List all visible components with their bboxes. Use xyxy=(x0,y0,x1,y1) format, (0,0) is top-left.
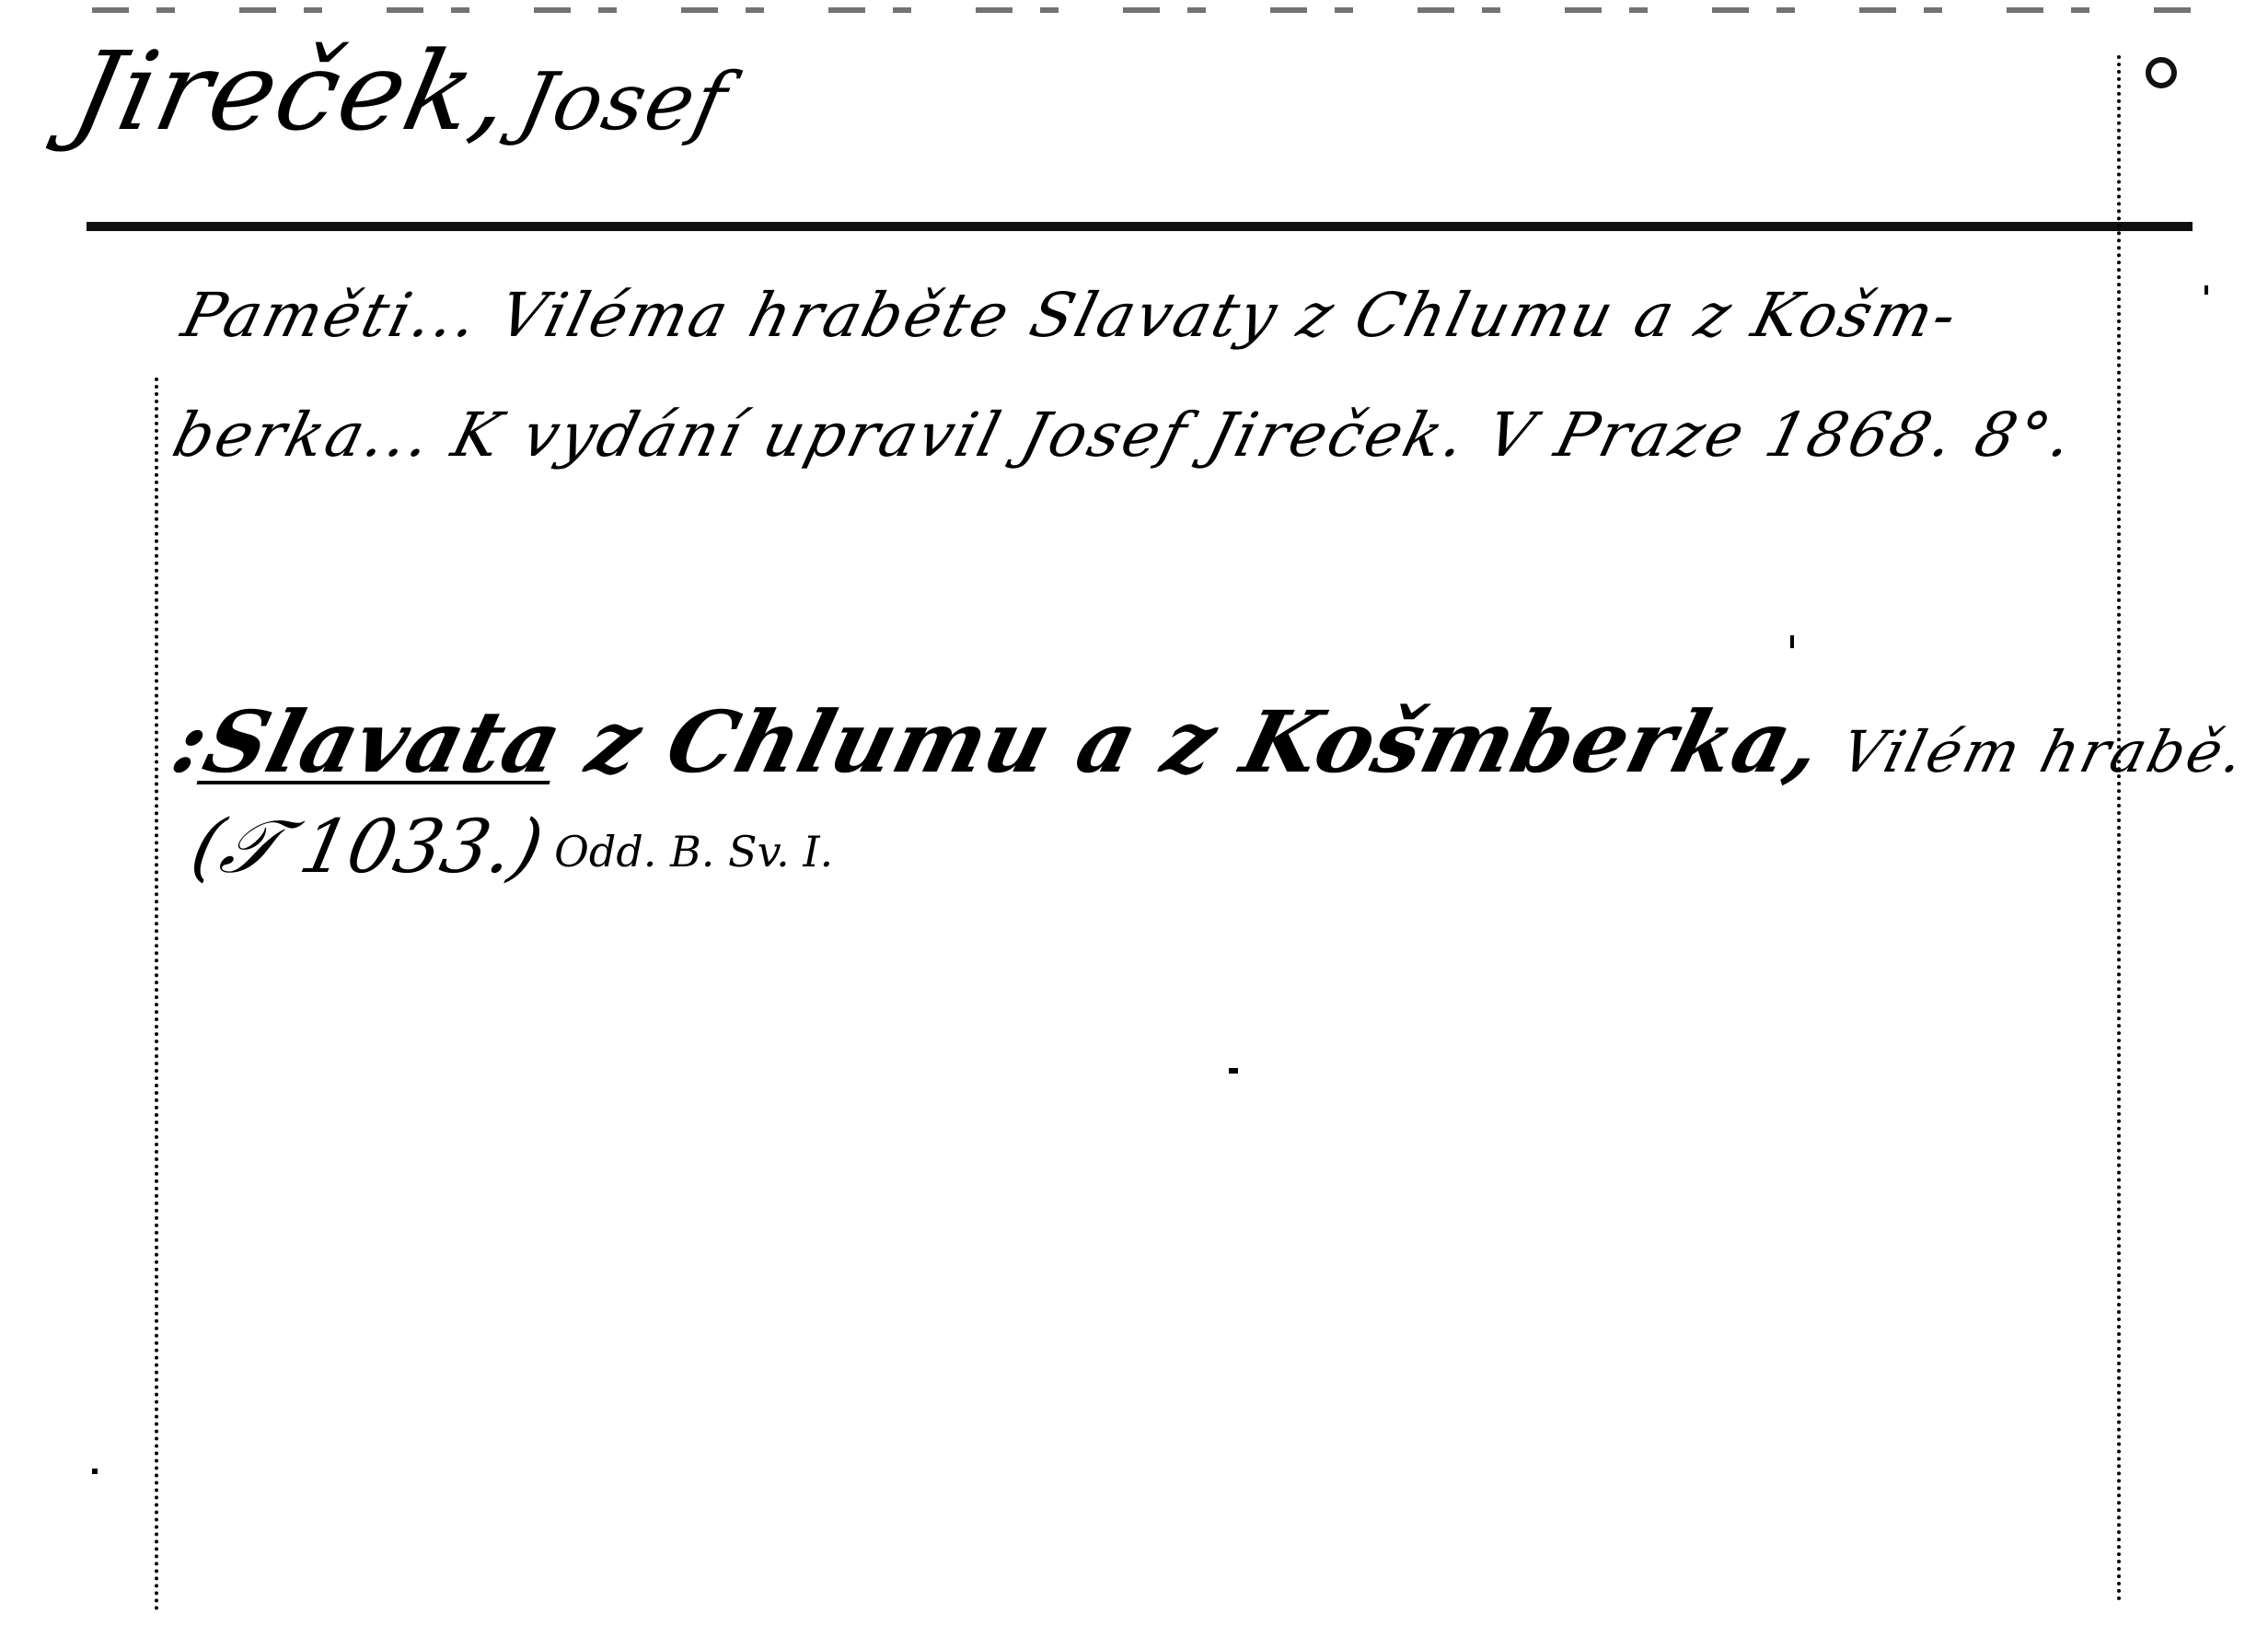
heading-divider-rule xyxy=(87,222,2193,231)
left-dotted-margin xyxy=(155,377,158,1611)
cross-reference-heading: :Slavata z Chlumu a z Košmberka, xyxy=(165,700,1832,784)
shelf-number: (𝒯 1033.) xyxy=(185,810,549,884)
right-dotted-margin xyxy=(2117,55,2121,1602)
cross-reference-subheading: Vilém hrabě. xyxy=(1835,724,2252,781)
heading-surname: Jireček, xyxy=(63,28,525,155)
card-heading: Jireček,Josef xyxy=(64,37,740,145)
scan-speck xyxy=(1229,1068,1238,1074)
scan-speck xyxy=(2204,285,2208,295)
xref-underlined-word: Slavata xyxy=(195,692,573,792)
scan-edge-noise xyxy=(92,7,2209,13)
punch-hole-mark xyxy=(2146,57,2177,88)
scan-speck xyxy=(1790,635,1794,648)
shelf-location: Odd. B. Sv. I. xyxy=(554,830,833,873)
heading-given-name: Josef xyxy=(512,56,736,148)
catalog-card: Jireček,Josef Paměti... Viléma hraběte S… xyxy=(0,0,2268,1649)
xref-rest: z Chlumu a z Košmberka, xyxy=(548,692,1834,792)
scan-speck xyxy=(92,1469,98,1474)
entry-line-2: berka... K vydání upravil Josef Jireček.… xyxy=(168,405,2081,466)
shelf-mark: (𝒯 1033.)Odd. B. Sv. I. xyxy=(193,810,833,884)
entry-line-1: Paměti... Viléma hraběte Slavaty z Chlum… xyxy=(177,285,1965,346)
cross-reference: :Slavata z Chlumu a z Košmberka,Vilém hr… xyxy=(175,700,2245,784)
